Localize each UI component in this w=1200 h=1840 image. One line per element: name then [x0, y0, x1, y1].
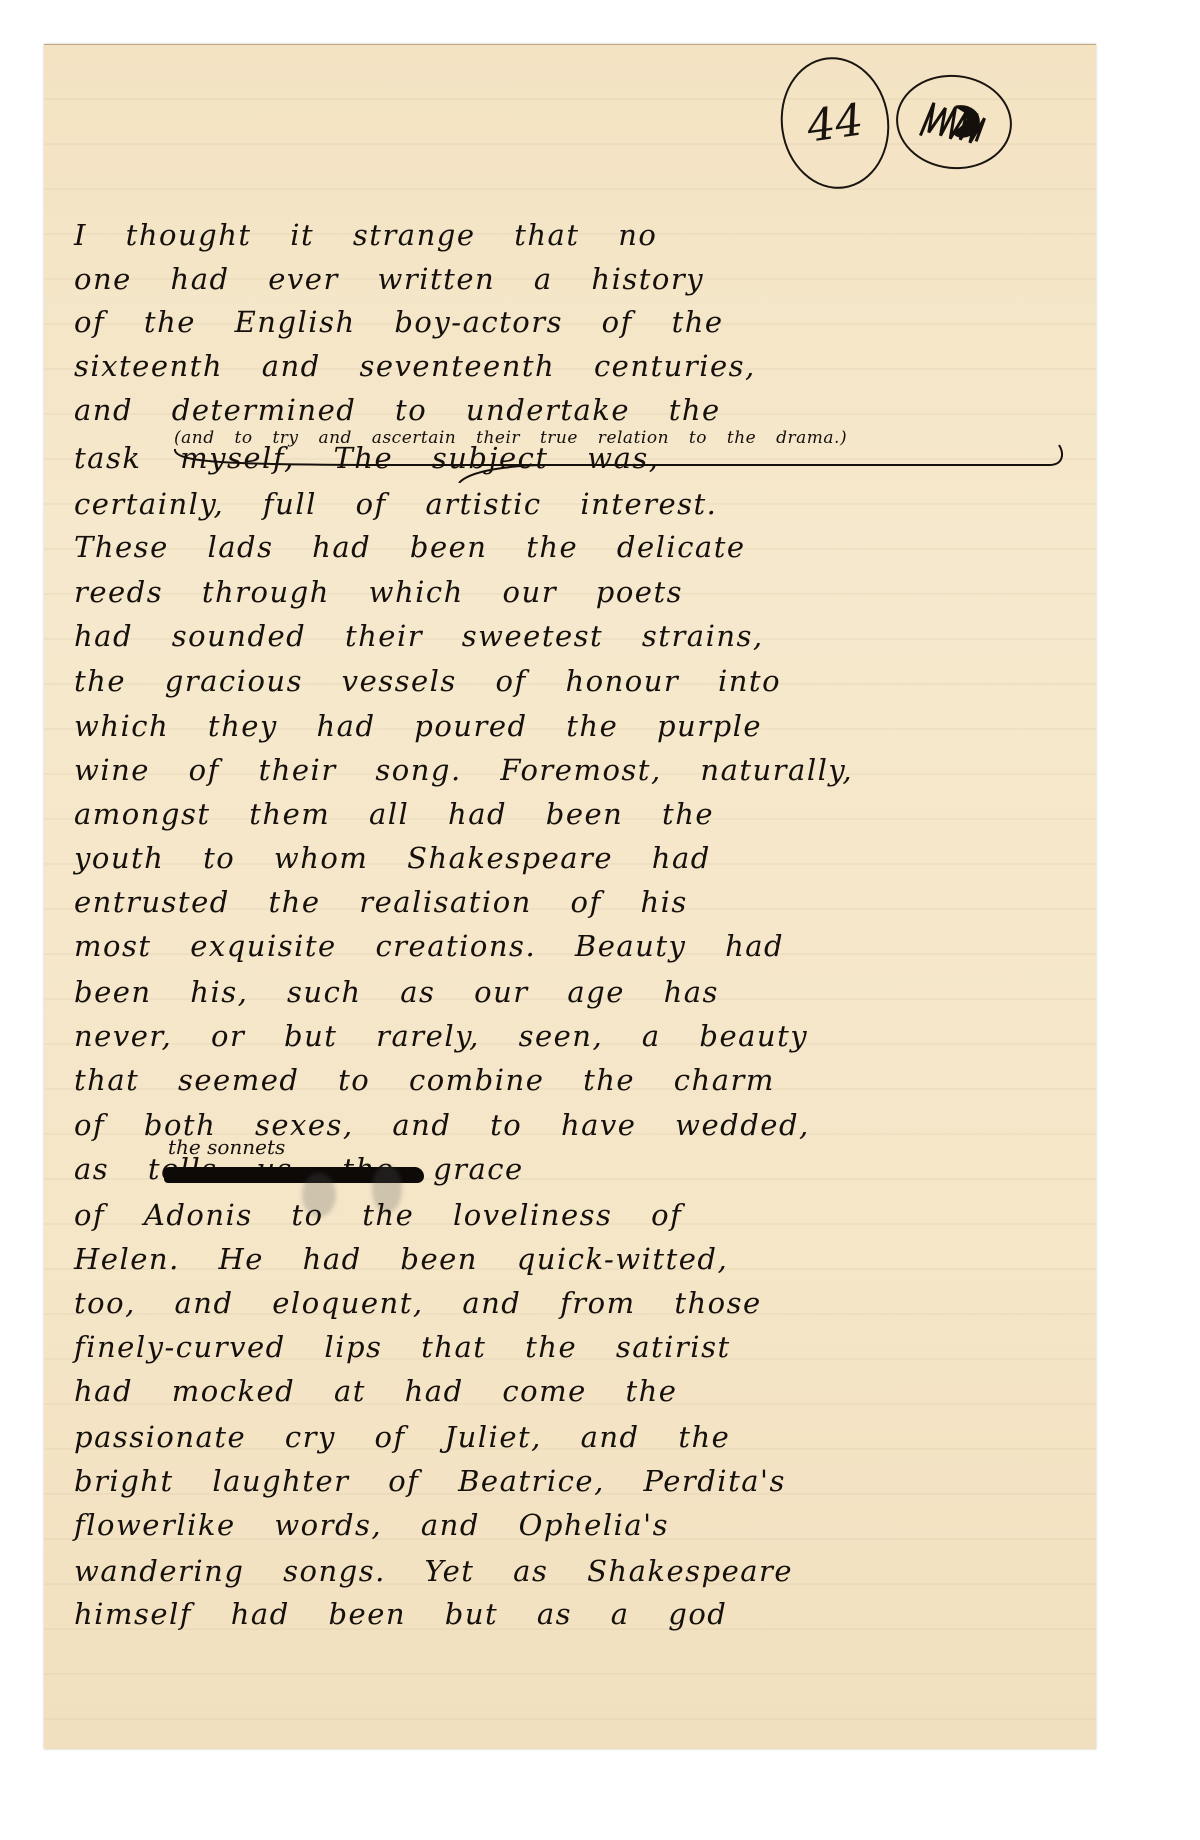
manuscript-line: task myself, The subject was, — [74, 444, 1074, 473]
manuscript-line: youth to whom Shakespeare had — [74, 844, 1074, 873]
manuscript-line: himself had been but as a god — [74, 1600, 1074, 1629]
manuscript-line: These lads had been the delicate — [74, 533, 1074, 562]
manuscript-line: wandering songs. Yet as Shakespeare — [74, 1557, 1074, 1586]
manuscript-line: flowerlike words, and Ophelia's — [74, 1511, 1074, 1540]
manuscript-line: one had ever written a history — [74, 265, 1074, 294]
manuscript-line: amongst them all had been the — [74, 800, 1074, 829]
manuscript-line: and determined to undertake the — [74, 396, 1074, 425]
manuscript-line: Helen. He had been quick-witted, — [74, 1245, 1074, 1274]
manuscript-line: the gracious vessels of honour into — [74, 667, 1074, 696]
manuscript-line: sixteenth and seventeenth centuries, — [74, 352, 1074, 381]
manuscript-line: entrusted the realisation of his — [74, 888, 1074, 917]
manuscript-line: had sounded their sweetest strains, — [74, 622, 1074, 651]
crossed-out-number-circle — [891, 69, 1016, 175]
manuscript-line: been his, such as our age has — [74, 978, 1074, 1007]
manuscript-line: which they had poured the purple — [74, 712, 1074, 741]
manuscript-line: I thought it strange that no — [74, 221, 1074, 250]
manuscript-page: 44 I thought it strange that no one had … — [44, 44, 1096, 1749]
manuscript-line: had mocked at had come the — [74, 1377, 1074, 1406]
manuscript-line: finely-curved lips that the satirist — [74, 1333, 1074, 1362]
manuscript-line: most exquisite creations. Beauty had — [74, 932, 1074, 961]
manuscript-line: wine of their song. Foremost, naturally, — [74, 756, 1074, 785]
scribble-icon — [916, 95, 992, 148]
manuscript-line: certainly, full of artistic interest. — [74, 490, 1074, 519]
manuscript-line: too, and eloquent, and from those — [74, 1289, 1074, 1318]
manuscript-line: that seemed to combine the charm — [74, 1066, 1074, 1095]
manuscript-line: bright laughter of Beatrice, Perdita's — [74, 1467, 1074, 1496]
manuscript-line: of the English boy-actors of the — [74, 308, 1074, 337]
manuscript-line: of Adonis to the loveliness of — [74, 1201, 1074, 1230]
manuscript-line: passionate cry of Juliet, and the — [74, 1423, 1074, 1452]
manuscript-line: reeds through which our poets — [74, 578, 1074, 607]
page-number-circle: 44 — [772, 50, 897, 196]
page-number: 44 — [804, 94, 867, 152]
manuscript-line: never, or but rarely, seen, a beauty — [74, 1022, 1074, 1051]
